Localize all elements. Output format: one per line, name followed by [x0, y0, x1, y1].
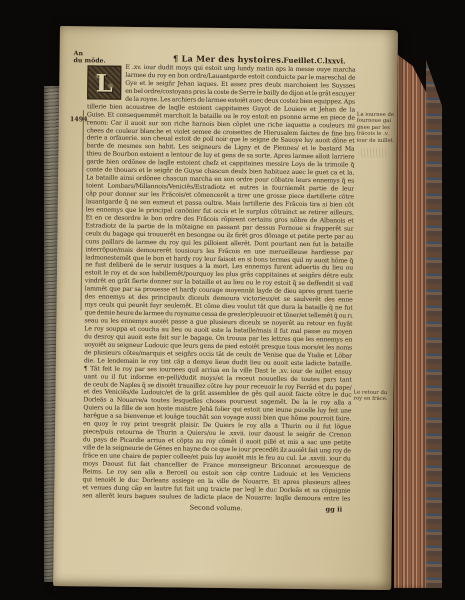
- book-page: An du mõde. ¶ La Mer des hystoires. Fuei…: [53, 26, 398, 590]
- margin-rule: [81, 110, 84, 310]
- margin-note-fornovo: La iournee defournoue gaignee par lesfrã…: [357, 112, 397, 145]
- body-text: E .xv. iour dudit moys qui estoit ung lu…: [82, 63, 355, 503]
- margin-year: 1494: [70, 115, 88, 123]
- book-fore-edge: [394, 38, 428, 588]
- signature-mark: gg ii: [326, 505, 343, 513]
- page-content: An du mõde. ¶ La Mer des hystoires. Fuei…: [53, 26, 398, 590]
- photograph-of-open-book: An du mõde. ¶ La Mer des hystoires. Fuei…: [0, 0, 465, 600]
- folio-number: Fueillet.C.lxxvi.: [283, 56, 345, 66]
- faint-handwriting-smudge: [358, 148, 388, 158]
- margin-note-return: Le retour duroy en frãce.: [353, 390, 393, 403]
- volume-caption: Second volume.: [82, 502, 350, 513]
- margin-note-line: iour de iuillet.: [357, 137, 397, 144]
- book-fore-edge-outer: [426, 60, 442, 588]
- margin-note-line: roy en frãce.: [353, 396, 393, 403]
- page-footer: Second volume. gg ii: [82, 502, 350, 505]
